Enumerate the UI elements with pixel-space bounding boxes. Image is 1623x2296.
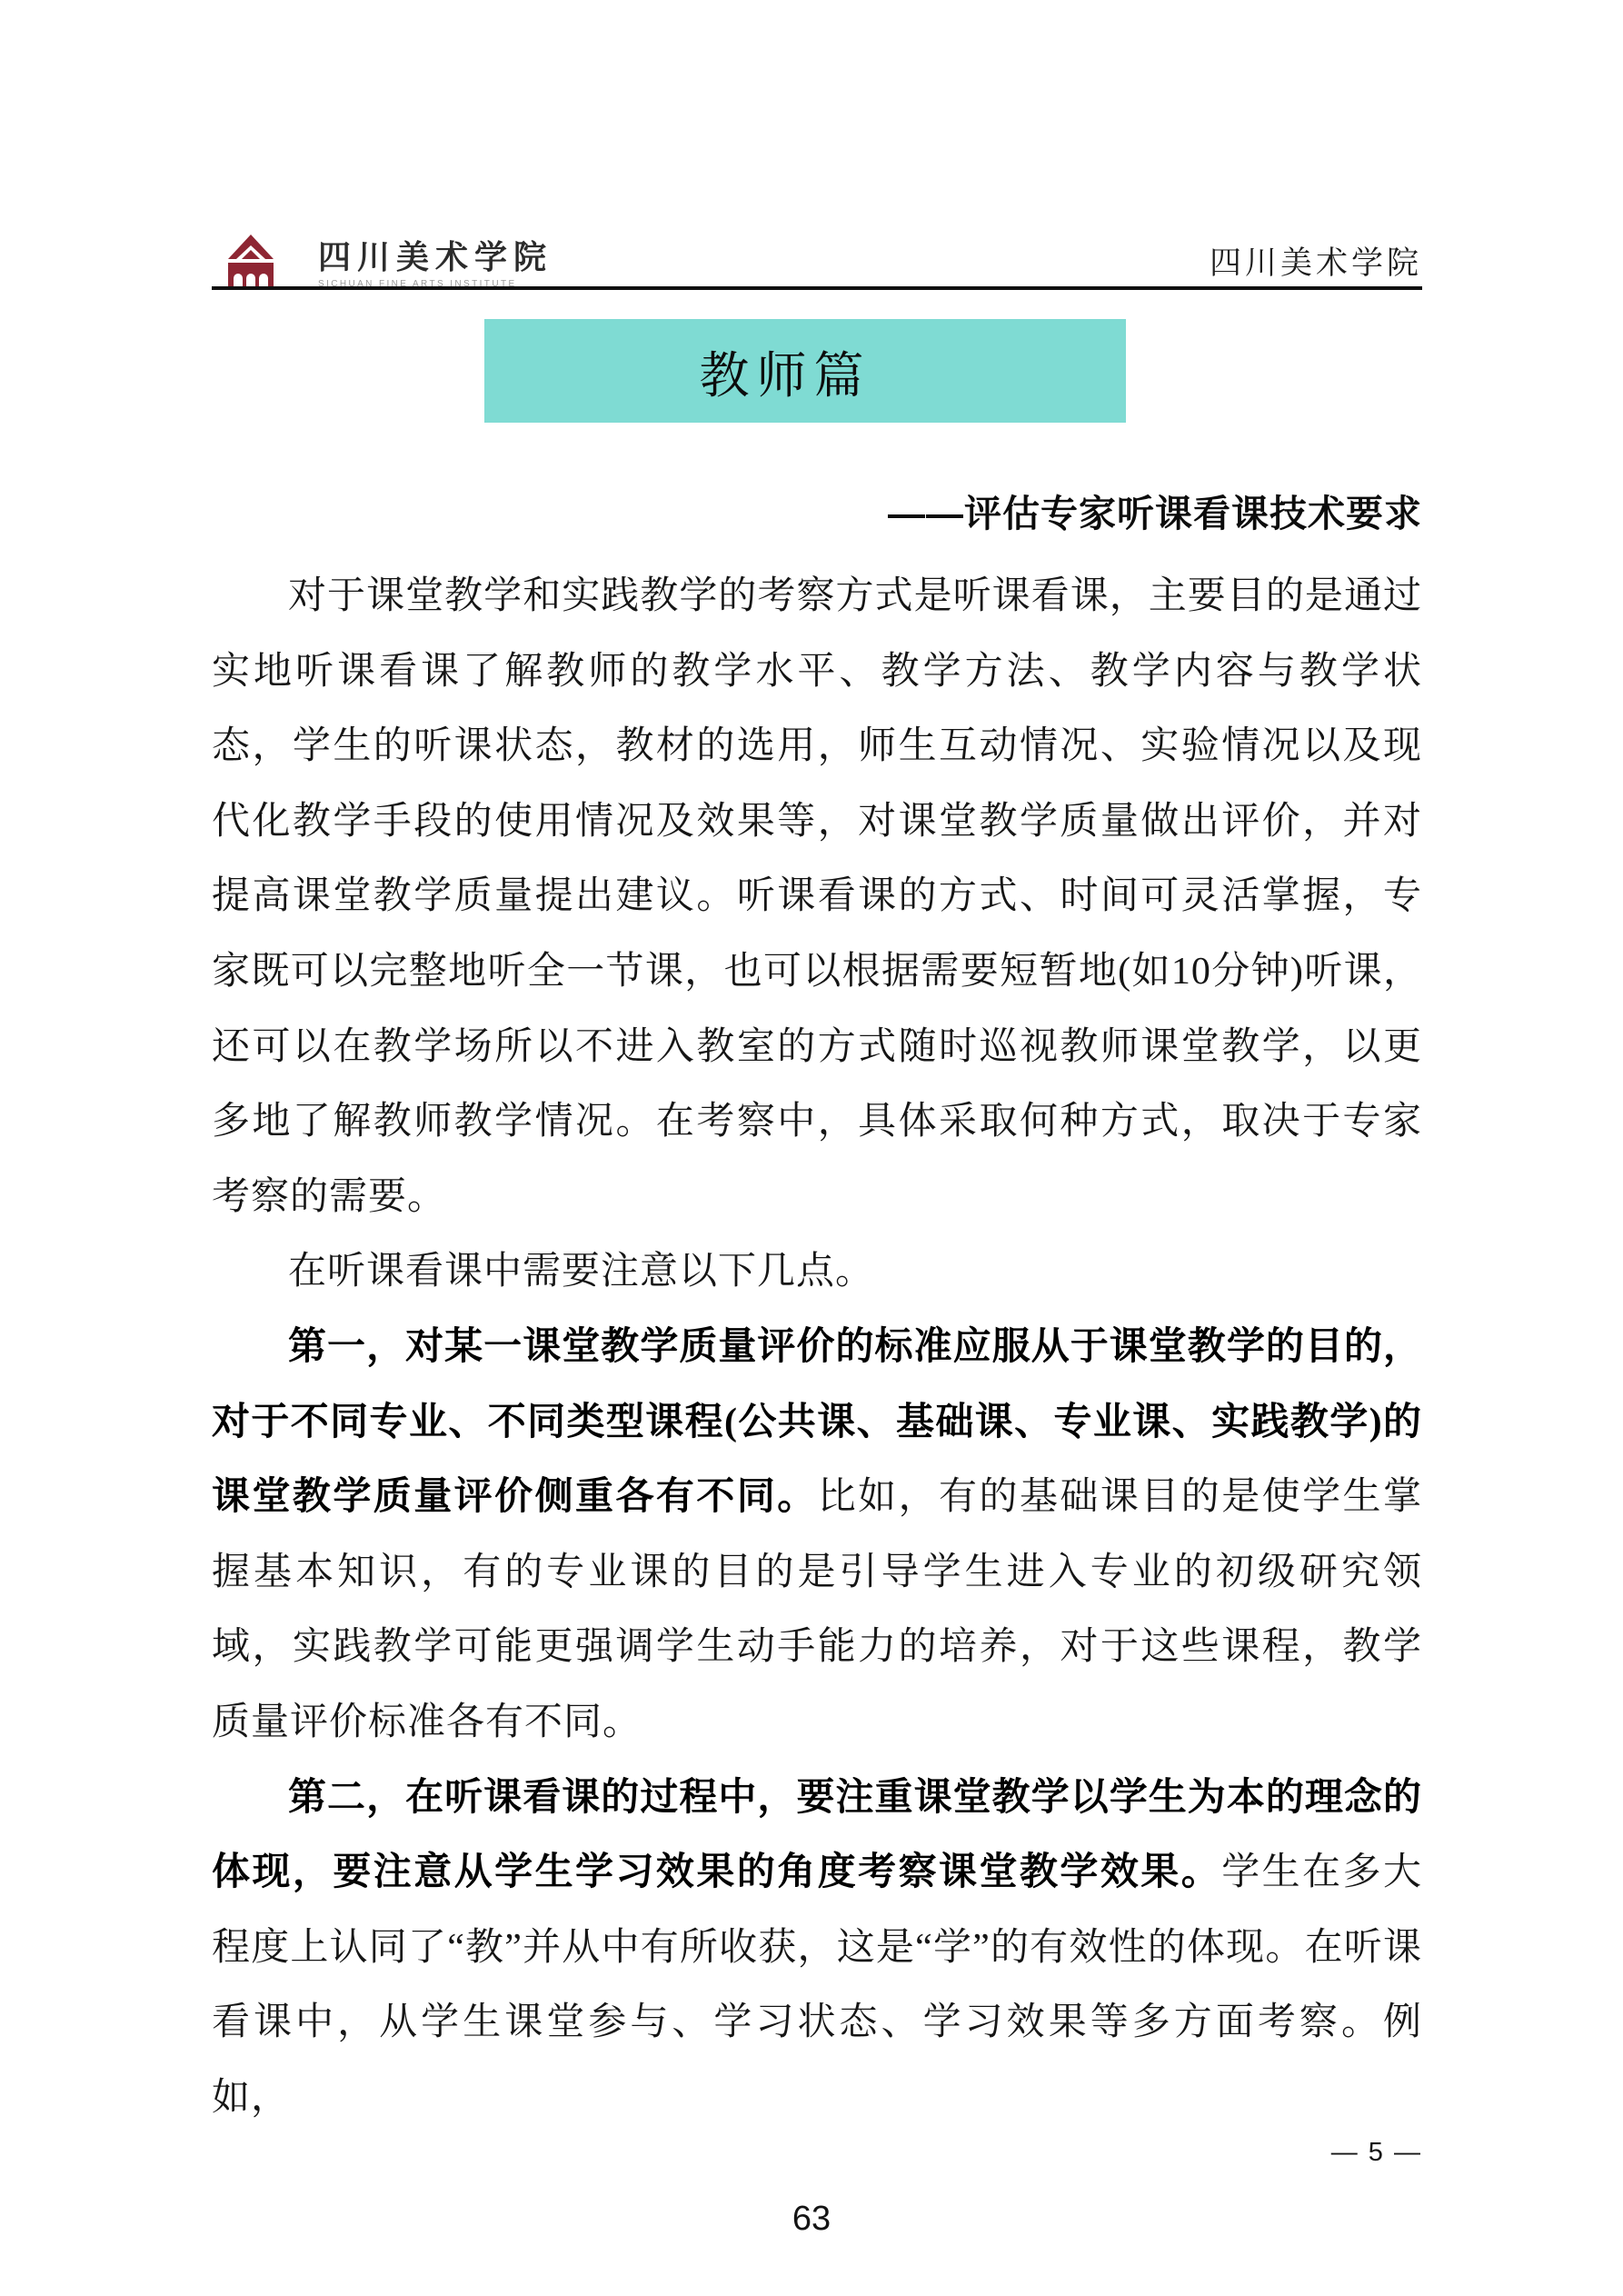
document-page: 四川美术学院 SICHUAN FINE ARTS INSTITUTE 四川美术学…	[0, 0, 1623, 2296]
header-divider	[212, 286, 1422, 290]
footer-page-label: — 5 —	[212, 2138, 1422, 2168]
section-banner: 教师篇	[484, 319, 1126, 423]
paragraph-2: 在听课看课中需要注意以下几点。	[212, 1234, 1422, 1310]
paragraph-1: 对于课堂教学和实践教学的考察方式是听课看课，主要目的是通过实地听课看课了解教师的…	[212, 559, 1422, 1234]
paragraph-4: 第二，在听课看课的过程中，要注重课堂教学以学生为本的理念的体现，要注意从学生学习…	[212, 1761, 1422, 2136]
document-body: 对于课堂教学和实践教学的考察方式是听课看课，主要目的是通过实地听课看课了解教师的…	[212, 559, 1422, 2135]
section-subtitle: ——评估专家听课看课技术要求	[212, 484, 1422, 537]
paragraph-2-text: 在听课看课中需要注意以下几点。	[288, 1251, 874, 1293]
paragraph-1-text: 对于课堂教学和实践教学的考察方式是听课看课，主要目的是通过实地听课看课了解教师的…	[212, 575, 1422, 1218]
header-right-title: 四川美术学院	[212, 238, 1422, 284]
paragraph-3: 第一，对某一课堂教学质量评价的标准应服从于课堂教学的目的，对于不同专业、不同类型…	[212, 1310, 1422, 1761]
section-banner-title: 教师篇	[699, 335, 871, 407]
footer-page-number: 63	[0, 2200, 1623, 2239]
